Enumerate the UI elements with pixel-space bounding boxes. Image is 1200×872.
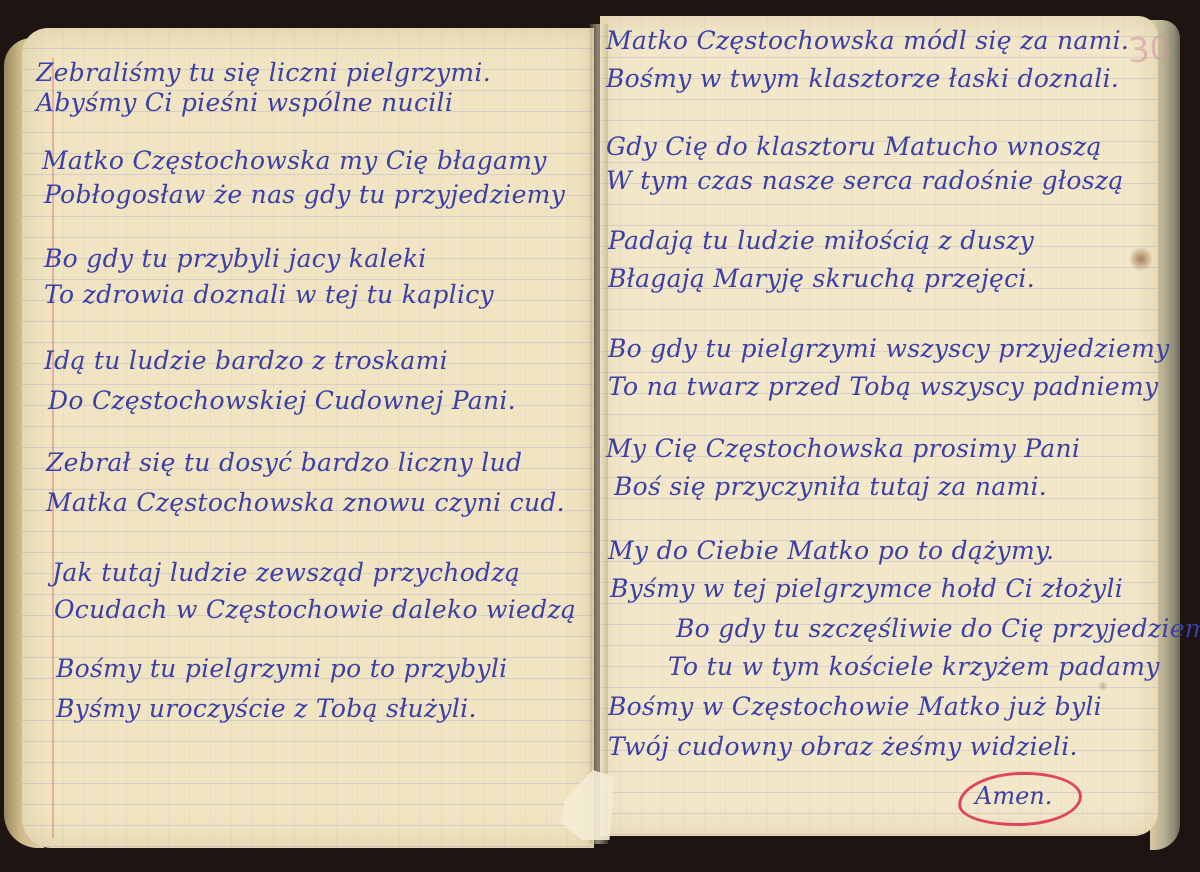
verse-line: My do Ciebie Matko po to dążymy.	[608, 538, 1054, 563]
page-number: 30	[1127, 29, 1173, 72]
verse-line: Błagają Maryję skruchą przejęci.	[608, 266, 1035, 291]
verse-line: Do Częstochowskiej Cudownej Pani.	[48, 388, 516, 413]
verse-line: Bośmy w Częstochowie Matko już byli	[608, 694, 1102, 719]
verse-line: Twój cudowny obraz żeśmy widzieli.	[608, 734, 1078, 759]
verse-line: Zebrał się tu dosyć bardzo liczny lud	[46, 450, 522, 475]
verse-line: Pobłogosław że nas gdy tu przyjedziemy	[44, 182, 565, 207]
verse-line: W tym czas nasze serca radośnie głoszą	[606, 168, 1124, 193]
verse-line: Matka Częstochowska znowu czyni cud.	[46, 490, 565, 515]
verse-line: To tu w tym kościele krzyżem padamy	[668, 654, 1160, 679]
closing-amen: Amen.	[975, 782, 1052, 810]
verse-line: Bośmy w twym klasztorze łaski doznali.	[606, 66, 1119, 91]
verse-line: My Cię Częstochowska prosimy Pani	[606, 436, 1080, 461]
verse-line: Byśmy w tej pielgrzymce hołd Ci złożyli	[610, 576, 1123, 601]
verse-line: Gdy Cię do klasztoru Matucho wnoszą	[606, 134, 1102, 159]
verse-line: Matko Częstochowska my Cię błagamy	[42, 148, 547, 173]
verse-line: Jak tutaj ludzie zewsząd przychodzą	[52, 560, 520, 585]
verse-line: Bośmy tu pielgrzymi po to przybyli	[56, 656, 507, 681]
verse-line: Idą tu ludzie bardzo z troskami	[44, 348, 448, 373]
notebook-spread: 30 Zebraliśmy tu się liczni pielgrzymi. …	[0, 0, 1200, 872]
paper-stain	[1130, 245, 1152, 273]
verse-line: Padają tu ludzie miłością z duszy	[608, 228, 1034, 253]
verse-line: Abyśmy Ci pieśni wspólne nucili	[36, 90, 453, 115]
verse-line: Matko Częstochowska módl się za nami.	[606, 28, 1129, 53]
verse-line: Boś się przyczyniła tutaj za nami.	[614, 474, 1047, 499]
verse-line: Bo gdy tu szczęśliwie do Cię przyjedziem…	[676, 616, 1200, 641]
verse-line: Bo gdy tu przybyli jacy kaleki	[44, 246, 427, 271]
verse-line: Zebraliśmy tu się liczni pielgrzymi.	[36, 60, 491, 85]
verse-line: Byśmy uroczyście z Tobą służyli.	[56, 696, 477, 721]
verse-line: To na twarz przed Tobą wszyscy padniemy	[608, 374, 1158, 399]
paper-stain	[1098, 680, 1108, 692]
verse-line: To zdrowia doznali w tej tu kaplicy	[44, 282, 494, 307]
verse-line: Ocudach w Częstochowie daleko wiedzą	[54, 597, 576, 622]
verse-line: Bo gdy tu pielgrzymi wszyscy przyjedziem…	[608, 336, 1170, 361]
